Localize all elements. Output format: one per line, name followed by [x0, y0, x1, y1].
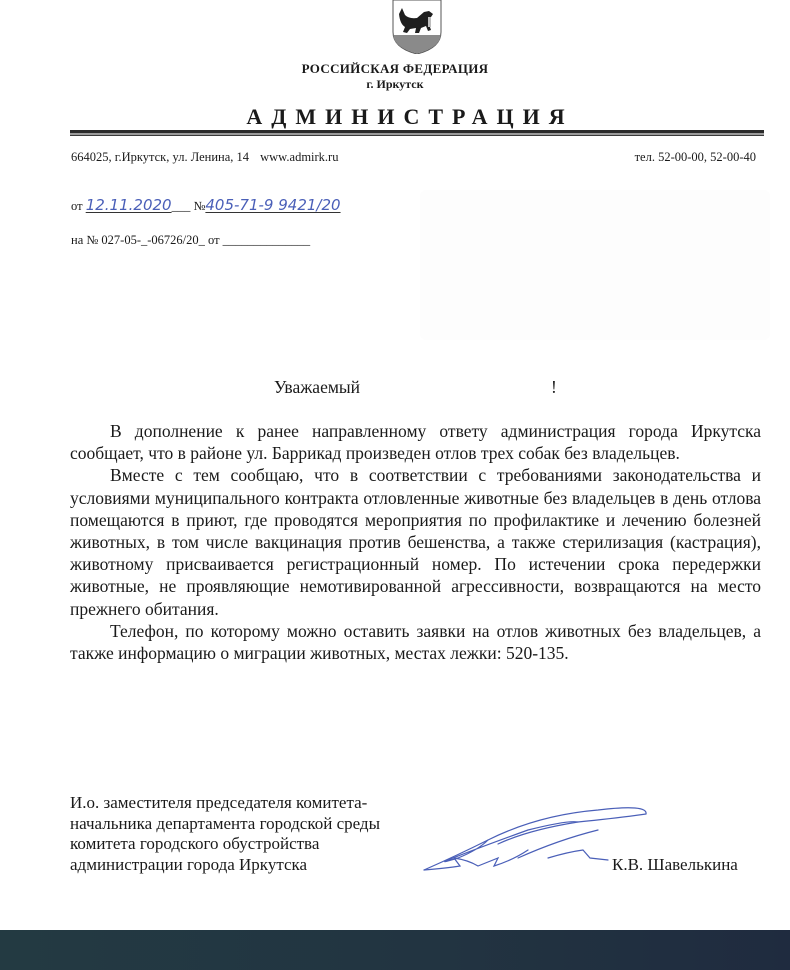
irkutsk-coat-of-arms-icon	[391, 0, 443, 54]
country-heading: РОССИЙСКАЯ ФЕДЕРАЦИЯ	[0, 61, 790, 77]
greeting: Уважаемый	[274, 377, 360, 398]
from-prefix: от	[71, 199, 83, 213]
phone-numbers: тел. 52-00-00, 52-00-40	[635, 150, 756, 165]
body-paragraph-3: Телефон, по которому можно оставить заяв…	[70, 620, 761, 664]
handwritten-date: 12.11.2020	[86, 196, 172, 214]
position-line-4: администрации города Иркутска	[70, 855, 380, 876]
position-line-3: комитета городского обустройства	[70, 834, 380, 855]
website-link[interactable]: www.admirk.ru	[260, 150, 338, 164]
signatory-position: И.о. заместителя председателя комитета- …	[70, 793, 380, 875]
position-line-2: начальника департамента городской среды	[70, 814, 380, 835]
redacted-addressee-block	[420, 190, 770, 340]
city-heading: г. Иркутск	[0, 77, 790, 92]
coat-of-arms-emblem	[391, 0, 443, 54]
position-line-1: И.о. заместителя председателя комитета-	[70, 793, 380, 814]
letter-body: В дополнение к ранее направленному ответ…	[70, 420, 761, 664]
outgoing-reference: от 12.11.2020___ №405-71-9 9421/20	[71, 196, 341, 214]
body-paragraph-2: Вместе с тем сообщаю, что в соответствии…	[70, 464, 761, 619]
body-paragraph-1: В дополнение к ранее направленному ответ…	[70, 420, 761, 464]
greeting-exclamation: !	[551, 377, 557, 398]
incoming-reference: на № 027-05-_-06726/20_ от _____________…	[71, 233, 310, 248]
signer-name: К.В. Шавелькина	[612, 855, 738, 875]
postal-address: 664025, г.Иркутск, ул. Ленина, 14 www.ad…	[71, 150, 338, 165]
header-rule-thin	[70, 135, 764, 136]
organization-title: АДМИНИСТРАЦИЯ	[0, 104, 790, 130]
number-prefix: №	[193, 199, 205, 213]
viewer-bottom-bar	[0, 930, 790, 970]
address-text: 664025, г.Иркутск, ул. Ленина, 14	[71, 150, 249, 164]
handwritten-number: 405-71-9 9421/20	[205, 196, 340, 214]
